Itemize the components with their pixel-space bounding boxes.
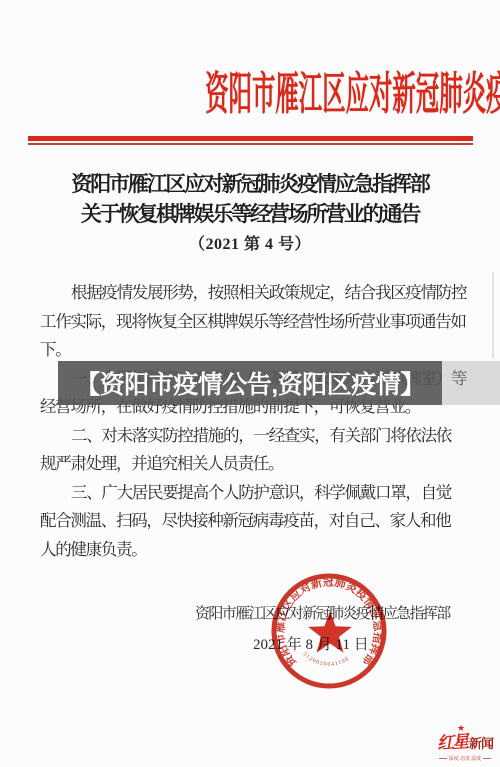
tagline-right-dash xyxy=(483,758,491,759)
document-page: 资阳市雁江区应对新冠肺炎疫情应急指挥部 资阳市雁江区应对新冠肺炎疫情应急指挥部 … xyxy=(0,0,500,767)
body-line: 工作实际，现将恢复全区棋牌娱乐等经营性场所营业事项通告如 xyxy=(40,308,480,337)
masthead-divider xyxy=(28,136,473,145)
caption-bar-extension xyxy=(442,361,500,405)
logo-brand-dark: 新闻 xyxy=(469,733,493,752)
seal-star-icon xyxy=(308,611,352,653)
logo-star-icon: ★ xyxy=(457,723,465,734)
body-text: 根据疫情发展形势，按照相关政策规定，结合我区疫情防控工作实际，现将恢复全区棋牌娱… xyxy=(40,279,480,564)
divider-thin-line xyxy=(28,143,473,145)
seal-code-text: 5120020041100 xyxy=(302,651,350,668)
body-line: 二、对未落实防控措施的，一经查实，有关部门将依法依 xyxy=(40,422,480,451)
doc-title-line2: 关于恢复棋牌娱乐等经营场所营业的通告 xyxy=(0,198,500,228)
official-seal-stamp: 资阳市雁江区应对新冠肺炎疫情应急指挥部 5120020041100 xyxy=(259,560,399,700)
body-line: 根据疫情发展形势，按照相关政策规定，结合我区疫情防控 xyxy=(40,279,480,308)
doc-number: （2021 第 4 号） xyxy=(0,231,500,254)
redstar-news-logo: 红星 ★ 新闻 深度 态度 温度 xyxy=(433,728,497,762)
tagline-left-dash xyxy=(439,758,447,759)
svg-text:5120020041100: 5120020041100 xyxy=(302,651,350,668)
masthead: 资阳市雁江区应对新冠肺炎疫情应急指挥部 xyxy=(0,68,500,120)
caption-text: 【资阳市疫情公告,资阳区疫情】 xyxy=(75,365,424,401)
body-line: 配合测温、扫码，尽快接种新冠病毒疫苗，对自己、家人和他 xyxy=(40,507,480,536)
edge-artifact-line xyxy=(492,272,494,358)
masthead-title: 资阳市雁江区应对新冠肺炎疫情应急指挥部 xyxy=(205,68,500,120)
logo-tagline: 深度 态度 温度 xyxy=(433,755,497,762)
divider-thick-line xyxy=(28,136,473,141)
logo-tagline-text: 深度 态度 温度 xyxy=(449,755,482,762)
caption-bar: 【资阳市疫情公告,资阳区疫情】 xyxy=(58,361,442,405)
logo-wordmark: 红星 ★ 新闻 xyxy=(433,728,497,753)
doc-title-line1: 资阳市雁江区应对新冠肺炎疫情应急指挥部 xyxy=(0,168,500,198)
body-line: 三、广大居民要提高个人防护意识，科学佩戴口罩，自觉 xyxy=(40,479,480,508)
body-line: 规严肃处理，并追究相关人员责任。 xyxy=(40,450,480,479)
